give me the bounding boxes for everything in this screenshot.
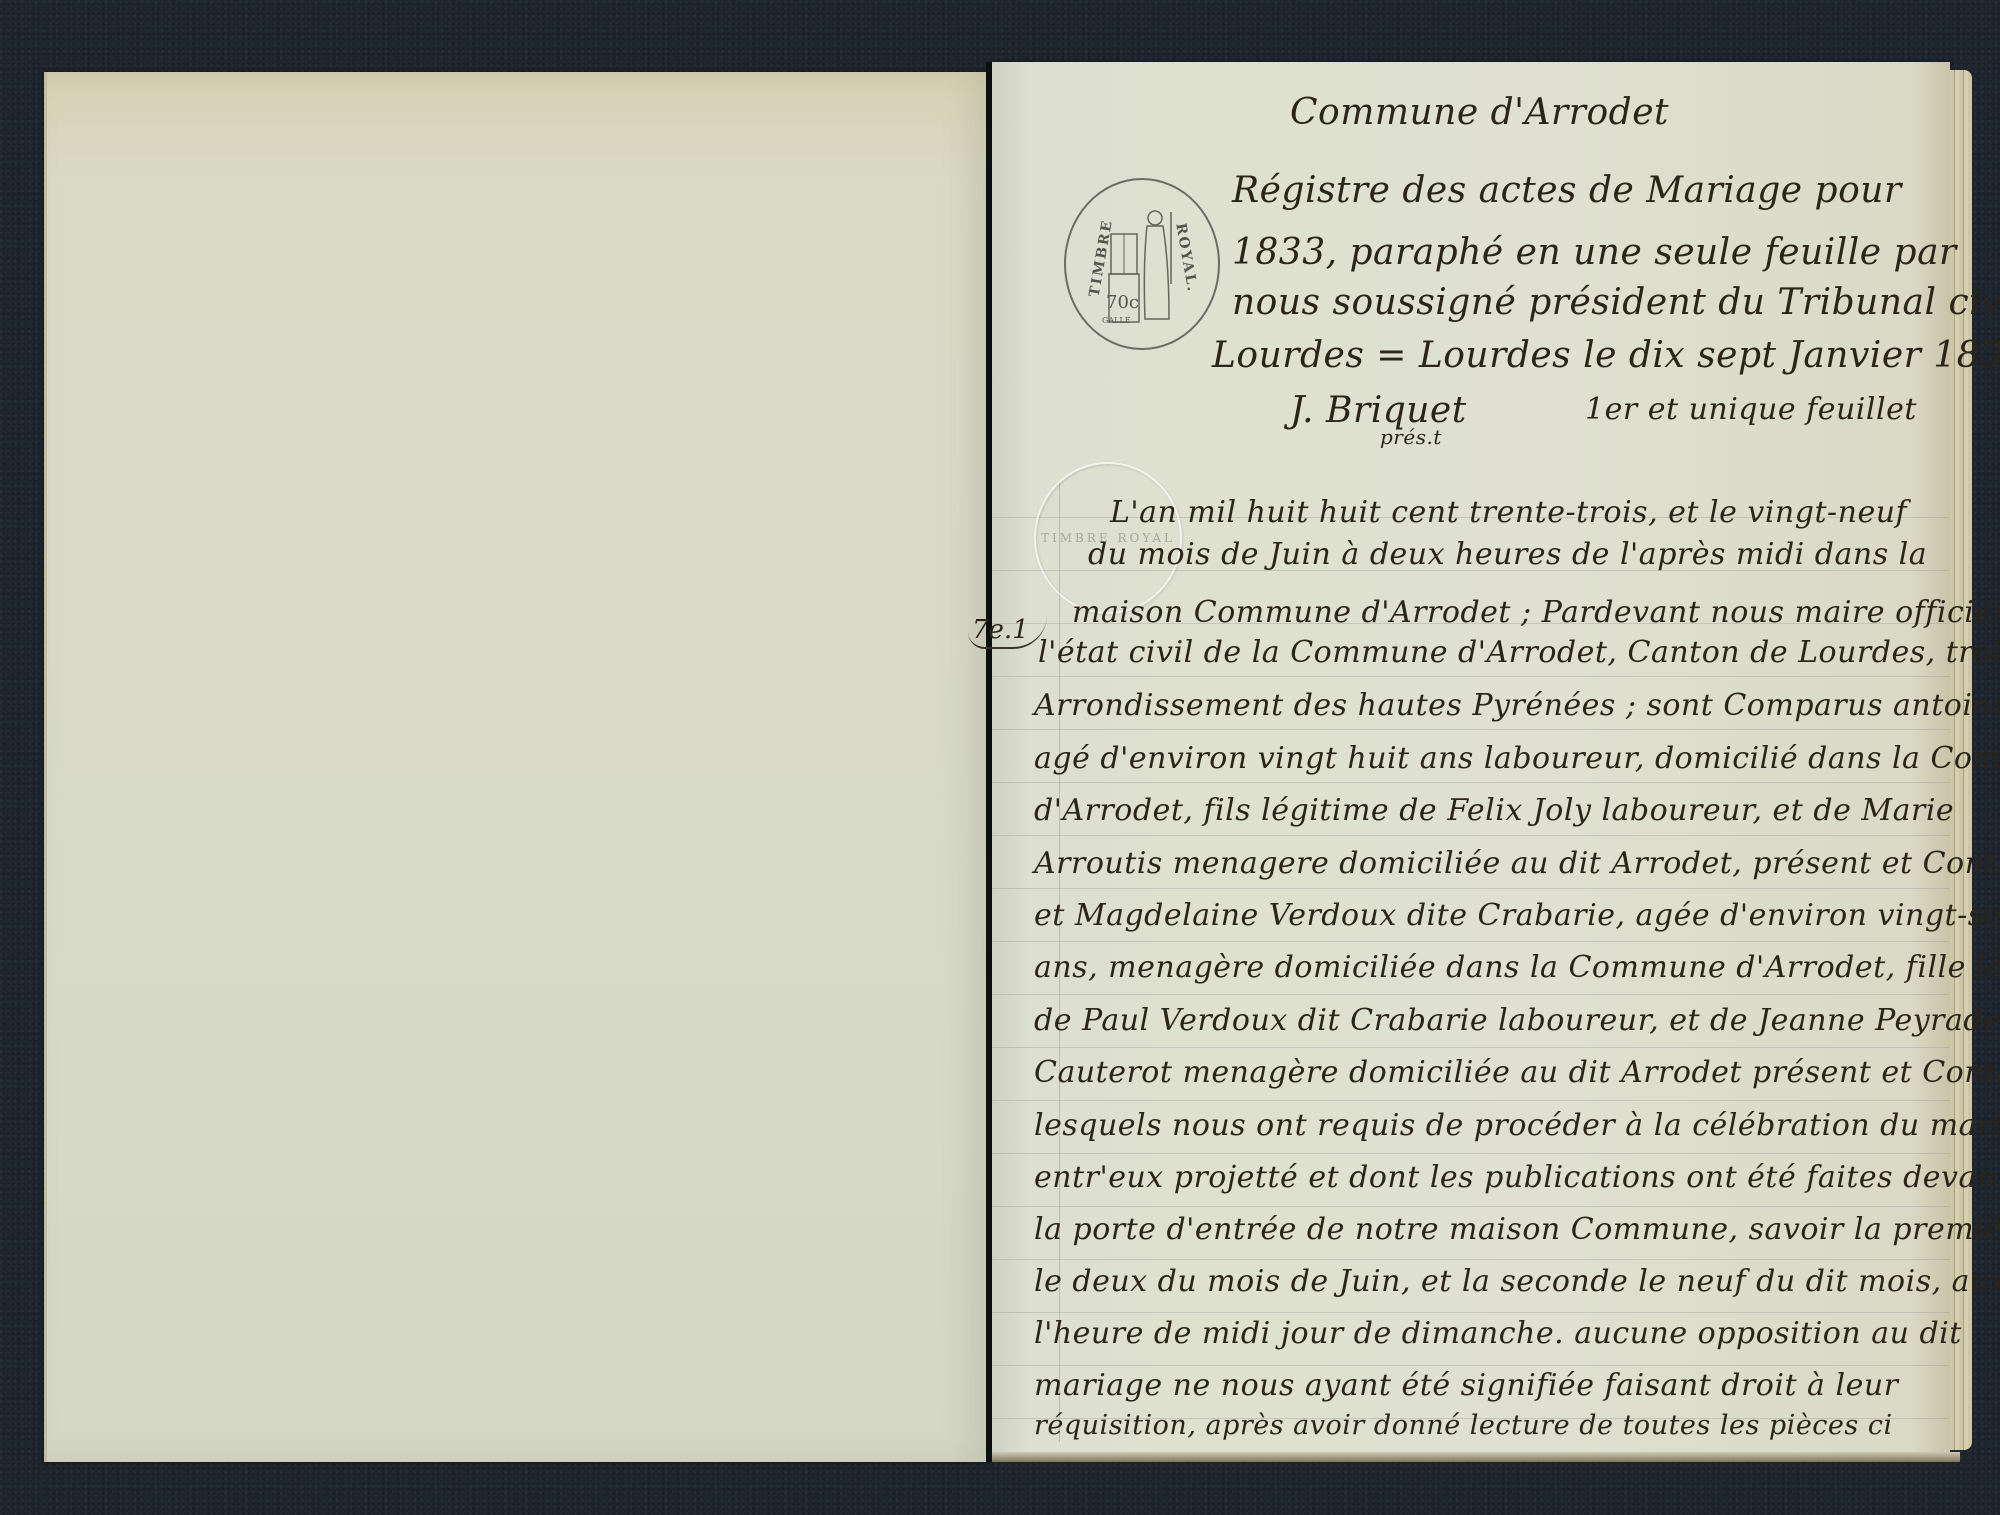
body-line: Arrondissement des hautes Pyrénées ; son… — [1034, 688, 2000, 723]
left-page-blank — [44, 72, 989, 1462]
ruled-line — [992, 941, 1950, 942]
body-line: l'état civil de la Commune d'Arrodet, Ca… — [1038, 635, 2000, 670]
sheet-note: 1er et unique feuillet — [1585, 392, 1917, 427]
body-line: lesquels nous ont requis de procéder à l… — [1034, 1108, 2000, 1143]
ruled-line — [992, 729, 1950, 730]
body-line: Cauterot menagère domiciliée au dit Arro… — [1034, 1055, 2000, 1090]
ruled-line — [992, 1100, 1950, 1101]
stamp-value: 70c — [1106, 292, 1139, 313]
ruled-line — [992, 1206, 1950, 1207]
body-line: d'Arrodet, fils légitime de Felix Joly l… — [1034, 793, 1954, 828]
body-line: réquisition, après avoir donné lecture d… — [1034, 1410, 1893, 1441]
ruled-line — [992, 835, 1950, 836]
ruled-line — [992, 994, 1950, 995]
body-line: agé d'environ vingt huit ans laboureur, … — [1034, 741, 2000, 776]
timbre-royal-ink-stamp: TIMBRE ROYAL. 70c GALLE — [1064, 178, 1220, 350]
body-line: L'an mil huit huit cent trente-trois, et… — [1110, 495, 1907, 530]
signature-title: prés.t — [1380, 425, 1442, 449]
body-line: l'heure de midi jour de dimanche. aucune… — [1034, 1316, 1962, 1351]
body-line: du mois de Juin à deux heures de l'après… — [1088, 537, 1927, 572]
body-line: ans, menagère domiciliée dans la Commune… — [1034, 950, 2000, 985]
ruled-line — [992, 1259, 1950, 1260]
commune-heading: Commune d'Arrodet — [1290, 92, 1669, 133]
body-line: le deux du mois de Juin, et la seconde l… — [1034, 1264, 2000, 1299]
ruled-line — [992, 888, 1950, 889]
register-title-line-4: Lourdes = Lourdes le dix sept Janvier 18… — [1212, 335, 2000, 376]
body-line: de Paul Verdoux dit Crabarie laboureur, … — [1034, 1003, 2000, 1038]
ruled-line — [992, 1312, 1950, 1313]
ruled-line — [992, 1365, 1950, 1366]
register-title-line-1: Régistre des actes de Mariage pour — [1232, 170, 1902, 211]
page-bottom-edges — [992, 1452, 1960, 1462]
ruled-line — [992, 676, 1950, 677]
stamp-sub: GALLE — [1102, 316, 1131, 325]
body-line: entr'eux projetté et dont les publicatio… — [1034, 1160, 2000, 1195]
body-line: la porte d'entrée de notre maison Commun… — [1034, 1212, 2000, 1247]
ruled-line — [992, 1153, 1950, 1154]
ruled-line — [992, 782, 1950, 783]
body-line: maison Commune d'Arrodet ; Pardevant nou… — [1072, 595, 2000, 630]
body-line: et Magdelaine Verdoux dite Crabarie, agé… — [1034, 898, 2000, 933]
register-title-line-3: nous soussigné président du Tribunal civ… — [1232, 282, 2000, 323]
register-title-line-2: 1833, paraphé en une seule feuille par — [1232, 232, 1957, 273]
ruled-line — [992, 1047, 1950, 1048]
body-line: Arroutis menagere domiciliée au dit Arro… — [1034, 846, 2000, 881]
body-line: mariage ne nous ayant été signifiée fais… — [1034, 1368, 1898, 1403]
